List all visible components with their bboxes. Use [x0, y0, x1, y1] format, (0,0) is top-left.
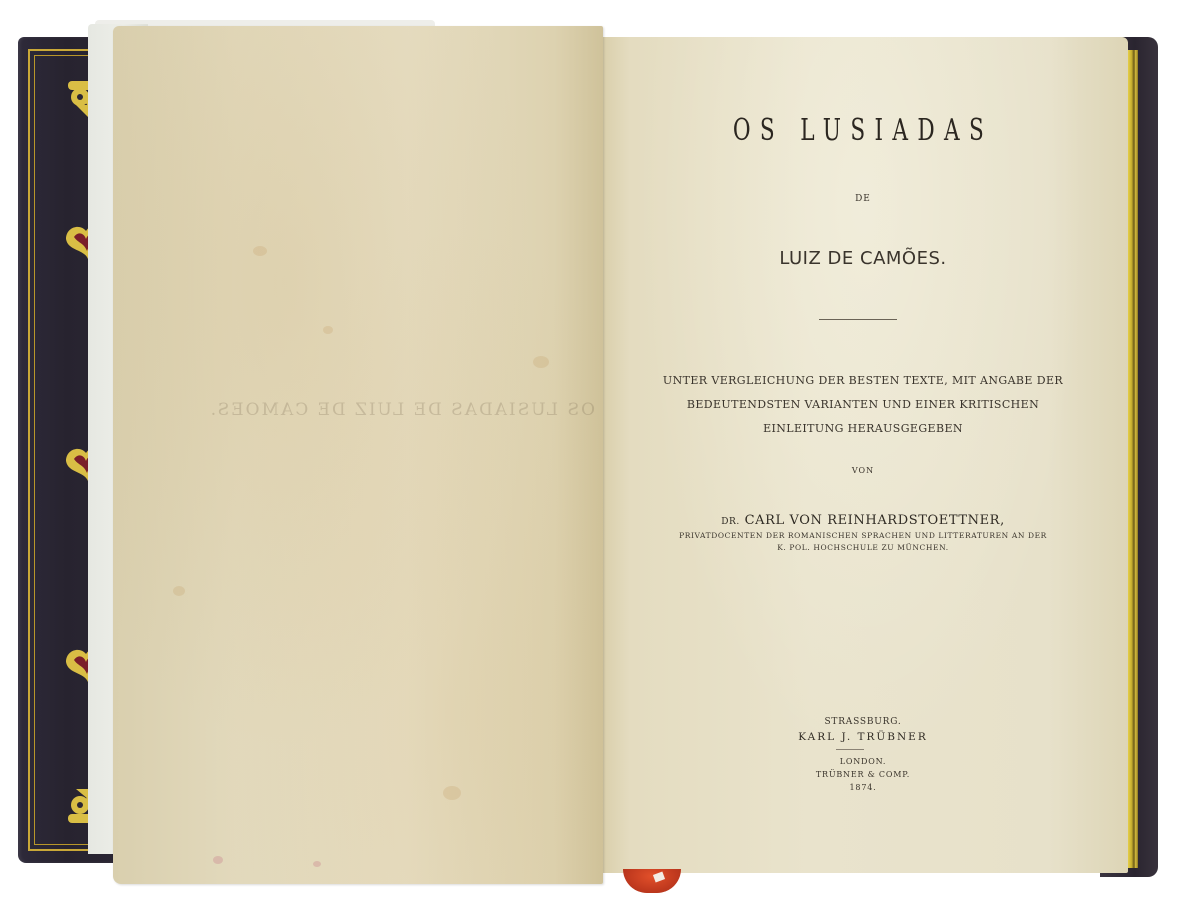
affiliation-line: K. POL. HOCHSCHULE ZU MÜNCHEN.: [598, 542, 1128, 554]
subtitle-line: EINLEITUNG HERAUSGEGEBEN: [598, 417, 1128, 441]
secondary-imprint: LONDON. TRÜBNER & COMP. 1874.: [598, 755, 1128, 794]
publisher-name: KARL J. TRÜBNER: [598, 731, 1128, 743]
bleed-through-text: OS LUSIADAS DE LUIZ DE CAMOES.: [185, 400, 595, 420]
editor-name: CARL VON REINHARDSTOETTNER,: [745, 513, 1005, 528]
von-label: VON: [598, 466, 1128, 475]
imprint-city: STRASSBURG.: [598, 717, 1128, 727]
de-label: DE: [598, 194, 1128, 204]
subtitle-line: BEDEUTENDSTEN VARIANTEN UND EINER KRITIS…: [598, 393, 1128, 417]
subtitle-line: UNTER VERGLEICHUNG DER BESTEN TEXTE, MIT…: [598, 369, 1128, 393]
subtitle-block: UNTER VERGLEICHUNG DER BESTEN TEXTE, MIT…: [598, 369, 1128, 441]
bookmark-ribbon: [623, 869, 681, 893]
author-name: LUIZ DE CAMÕES.: [598, 248, 1128, 269]
editor-line: DR. CARL VON REINHARDSTOETTNER,: [598, 513, 1128, 528]
editor-affiliation: PRIVATDOCENTEN DER ROMANISCHEN SPRACHEN …: [598, 530, 1128, 554]
title-page: [598, 37, 1128, 873]
editor-prefix: DR.: [721, 517, 740, 527]
secondary-city: LONDON.: [598, 755, 1128, 768]
open-book-photo: OS LUSIADAS DE LUIZ DE CAMOES. OS LUSIAD…: [0, 0, 1200, 900]
affiliation-line: PRIVATDOCENTEN DER ROMANISCHEN SPRACHEN …: [598, 530, 1128, 542]
imprint-divider: [836, 749, 864, 750]
book-title: OS LUSIADAS: [672, 113, 1054, 148]
secondary-publisher: TRÜBNER & COMP.: [598, 768, 1128, 781]
divider-rule: [819, 319, 897, 320]
left-page: [113, 26, 603, 884]
publication-year: 1874.: [598, 781, 1128, 794]
